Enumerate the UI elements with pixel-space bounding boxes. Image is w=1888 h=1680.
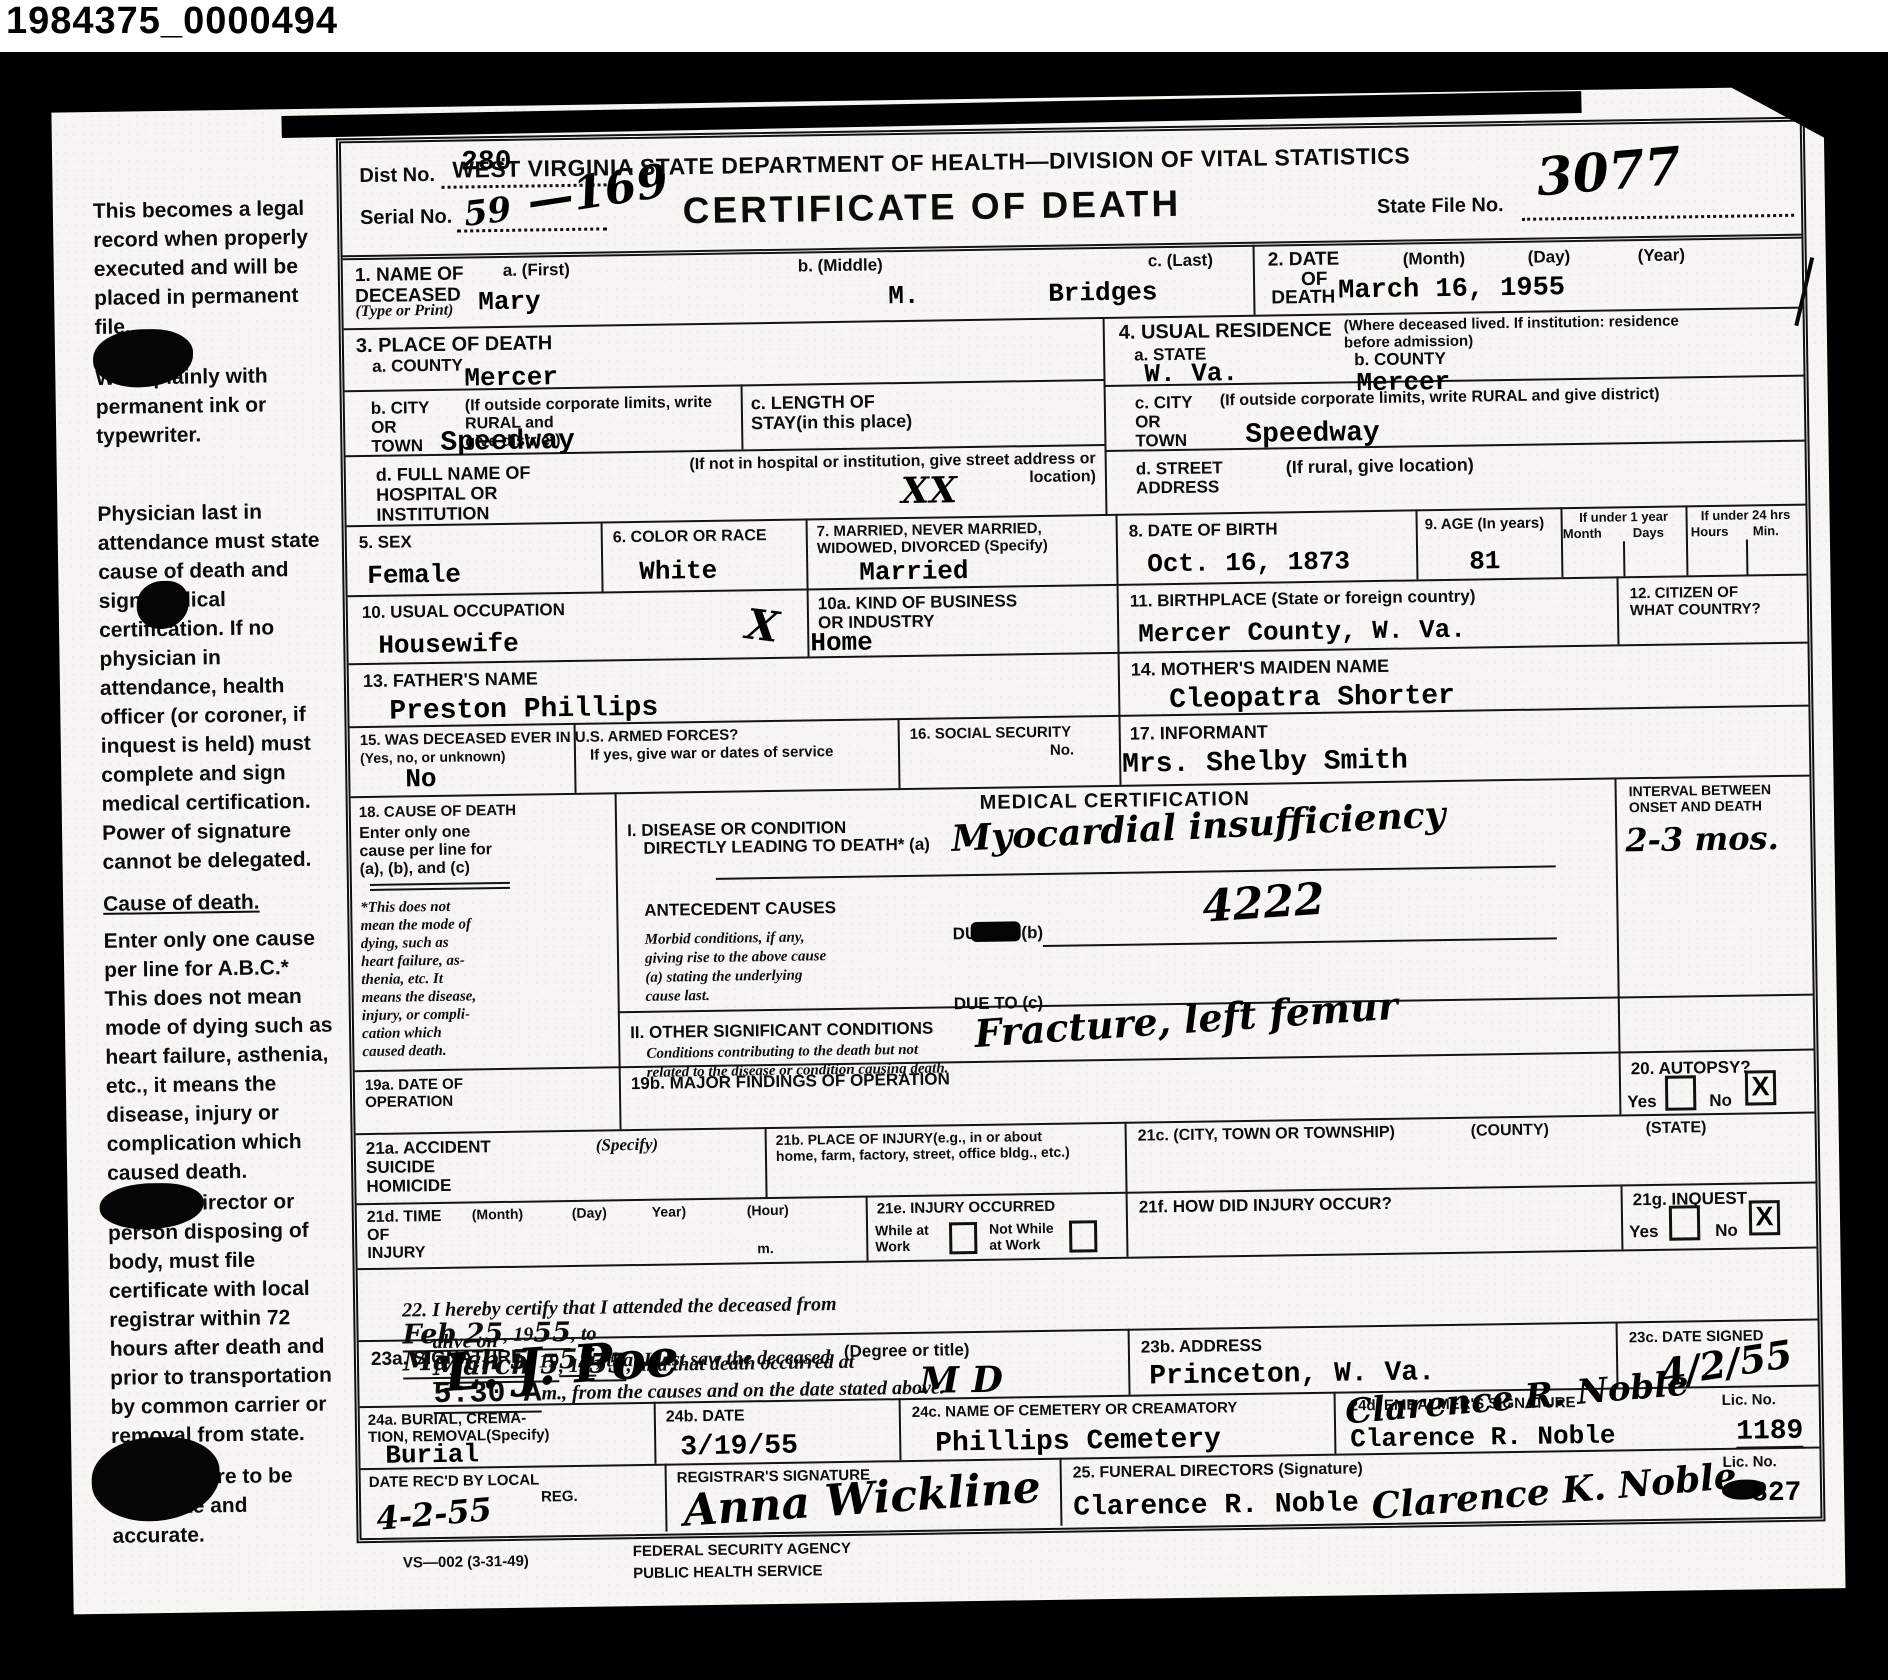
street-address-label: d. STREET ADDRESS [1136, 458, 1223, 497]
funeral-director-typed-name: Clarence R. Noble [1073, 1490, 1359, 1522]
place-of-injury-label: 21b. PLACE OF INJURY(e.g., in or about h… [776, 1129, 1070, 1165]
last-name-value: Bridges [1048, 279, 1158, 307]
burial-value: Burial [385, 1441, 479, 1468]
death-certificate-page: This becomes a legal record when properl… [51, 86, 1845, 1614]
injury-occurred-label: 21e. INJURY OCCURRED [877, 1199, 1056, 1218]
father-value: Preston Phillips [389, 695, 658, 727]
rule [741, 384, 744, 449]
days-label: Days [1633, 526, 1664, 541]
rule [348, 574, 1807, 598]
strikeout-mark [971, 921, 1021, 942]
rule [370, 882, 510, 886]
major-findings-label: 19b. MAJOR FINDINGS OF OPERATION [631, 1069, 950, 1093]
sidebar-note-legal-record: This becomes a legal record when properl… [93, 194, 327, 342]
hospital-hint: (If not in hospital or institution, give… [676, 450, 1096, 492]
agency-line1: FEDERAL SECURITY AGENCY [633, 1541, 851, 1561]
degree-label: (Degree or title) [844, 1340, 970, 1361]
funeral-director-label: 25. FUNERAL DIRECTORS (Signature) [1073, 1460, 1363, 1482]
interval-label: INTERVAL BETWEEN ONSET AND DEATH [1629, 782, 1772, 815]
race-label: 6. COLOR OR RACE [613, 527, 767, 547]
rule [343, 237, 1802, 261]
hospital-value: XX [901, 472, 957, 509]
department-title: WEST VIRGINIA STATE DEPARTMENT OF HEALTH… [431, 143, 1431, 184]
sex-label: 5. SEX [359, 532, 412, 552]
rule [355, 1049, 1814, 1073]
month-label: Month [1563, 527, 1602, 542]
scan-id: 1984375_0000494 [6, 2, 338, 40]
date-recd-reg-label: REG. [541, 1489, 578, 1506]
informant-value: Mrs. Shelby Smith [1122, 748, 1408, 780]
agency-line2: PUBLIC HEALTH SERVICE [633, 1563, 823, 1583]
burial-date-label: 24b. DATE [666, 1407, 745, 1426]
armed-forces-value: No [405, 766, 437, 792]
field-2-day-label: (Day) [1528, 247, 1571, 267]
while-at-work-label: While at Work [875, 1223, 929, 1255]
date-of-death-value: March 16, 1955 [1338, 275, 1565, 305]
occupation-mark: X [744, 603, 782, 649]
rule [1415, 509, 1418, 579]
toi-day-label: (Day) [572, 1205, 607, 1221]
writing-line-a [716, 865, 1556, 879]
inquest-no-label: No [1715, 1221, 1738, 1240]
writing-line-b [1043, 937, 1557, 947]
time-of-injury-label: 21d. TIME OF INJURY [367, 1208, 442, 1263]
residence-city-label: c. CITY OR TOWN [1135, 393, 1193, 451]
rule [897, 718, 900, 788]
father-label: 13. FATHER'S NAME [363, 668, 538, 691]
rule [665, 1464, 668, 1532]
occupation-label: 10. USUAL OCCUPATION [362, 600, 565, 622]
toi-month-label: (Month) [472, 1207, 524, 1223]
rule [1128, 1329, 1131, 1395]
rule [1059, 1458, 1062, 1526]
inquest-no-checkbox: X [1749, 1200, 1781, 1235]
age-label: 9. AGE (In years) [1425, 515, 1545, 534]
antecedent-label: ANTECEDENT CAUSES [644, 898, 836, 920]
rule [1746, 539, 1749, 574]
form-number: VS—002 (3-31-49) [403, 1554, 529, 1573]
armed-forces-ifyes: If yes, give war or dates of service [590, 744, 834, 764]
how-injury-label: 21f. HOW DID INJURY OCCUR? [1139, 1194, 1392, 1217]
rule [601, 521, 604, 591]
injury-state-label: (STATE) [1646, 1119, 1707, 1138]
sidebar-heading-cause-of-death: Cause of death. [103, 886, 335, 918]
pod-county-label: a. COUNTY [372, 356, 463, 376]
physician-signature: L. J. Poe [443, 1332, 681, 1400]
toi-hour-label: (Hour) [747, 1203, 789, 1219]
other-conditions-label: II. OTHER SIGNIFICANT CONDITIONS [630, 1019, 933, 1043]
first-name-value: Mary [478, 288, 541, 315]
field-1-hint: (Type or Print) [355, 302, 453, 321]
cause-of-death-note1: Enter only one cause per line for (a), (… [359, 823, 492, 879]
pod-county-value: Mercer [464, 364, 558, 391]
middle-name-label: b. (Middle) [798, 255, 883, 275]
toi-m-label: m. [757, 1241, 774, 1257]
autopsy-yes-label: Yes [1627, 1092, 1657, 1111]
rule [1125, 1122, 1129, 1257]
date-recd-label: DATE REC'D BY LOCAL [369, 1473, 540, 1492]
hospital-label: d. FULL NAME OF HOSPITAL OR INSTITUTION [376, 463, 532, 526]
rule [1334, 1392, 1337, 1454]
address-value: Princeton, W. Va. [1149, 1359, 1435, 1391]
date-recd-value: 4-2-55 [375, 1493, 493, 1535]
rule [765, 1127, 768, 1197]
state-file-value: 3077 [1535, 140, 1684, 204]
embalmer-typed-name: Clarence R. Noble [1350, 1423, 1616, 1453]
sidebar-note-one-cause: Enter only one cause per line for A.B.C.… [103, 923, 339, 1187]
residence-state-value: W. Va. [1144, 360, 1238, 387]
ssn-no-label: No. [1050, 742, 1074, 759]
injury-city-label: 21c. (CITY, TOWN OR TOWNSHIP) [1138, 1124, 1395, 1146]
burial-date-value: 3/19/55 [680, 1433, 798, 1463]
rule [343, 234, 1802, 258]
length-of-stay-label: c. LENGTH OF STAY(in this place) [751, 391, 913, 434]
rule [357, 1182, 1816, 1206]
autopsy-no-checkbox: X [1745, 1070, 1777, 1105]
business-label: 10a. KIND OF BUSINESS OR INDUSTRY [818, 591, 1018, 632]
race-value: White [639, 558, 717, 585]
inquest-yes-checkbox [1669, 1205, 1701, 1240]
pod-city-label: b. CITY OR TOWN [371, 398, 430, 456]
state-file-line [1522, 214, 1794, 221]
pod-city-value: Speedway [440, 428, 575, 458]
funeral-director-lic-label: Lic. No. [1723, 1454, 1777, 1472]
funeral-director-lic-value: 827 [1751, 1480, 1802, 1509]
funeral-director-signature: Clarence K. Noble [1370, 1458, 1738, 1525]
while-at-work-checkbox [949, 1222, 977, 1254]
date-of-operation-label: 19a. DATE OF OPERATION [365, 1077, 464, 1112]
marital-value: Married [859, 558, 969, 586]
autopsy-yes-checkbox [1665, 1075, 1697, 1110]
mother-value: Cleopatra Shorter [1169, 683, 1455, 715]
informant-label: 17. INFORMANT [1130, 722, 1268, 744]
field-2-label: 2. DATE [1268, 249, 1340, 271]
embalmer-lic-label: Lic. No. [1722, 1392, 1776, 1410]
cause-of-death-note2: *This does not mean the mode of dying, s… [360, 897, 477, 1061]
rule [1614, 777, 1621, 1114]
rule [1620, 1184, 1623, 1249]
inquest-yes-label: Yes [1629, 1222, 1659, 1241]
field-2-label-death: DEATH [1271, 287, 1335, 309]
rule [1103, 317, 1108, 514]
street-address-hint: (If rural, give location) [1286, 455, 1474, 478]
rule [1253, 245, 1256, 315]
mother-label: 14. MOTHER'S MAIDEN NAME [1131, 656, 1390, 680]
scanner-top-strip: 1984375_0000494 [0, 0, 1888, 52]
business-value: Home [810, 629, 873, 656]
birthplace-label: 11. BIRTHPLACE (State or foreign country… [1130, 587, 1476, 611]
degree-value: M D [919, 1362, 1003, 1399]
rule [356, 1112, 1815, 1136]
rule [1623, 541, 1626, 576]
hours-label: Hours [1691, 525, 1729, 540]
first-name-label: a. (First) [503, 260, 570, 280]
middle-name-value: M. [888, 283, 920, 309]
min-label: Min. [1753, 524, 1779, 539]
field-4-label: 4. USUAL RESIDENCE [1119, 319, 1332, 345]
not-while-at-work-checkbox [1069, 1220, 1097, 1252]
residence-hint: (Where deceased lived. If institution: r… [1344, 312, 1794, 352]
toi-year-label: Year) [652, 1204, 686, 1220]
cemetery-label: 24c. NAME OF CEMETERY OR CREAMATORY [912, 1400, 1238, 1422]
marital-label: 7. MARRIED, NEVER MARRIED, WIDOWED, DIVO… [817, 521, 1048, 558]
under-24-hrs-label: If under 24 hrs [1687, 508, 1803, 524]
rule [866, 1196, 869, 1261]
certificate-form: Dist No. 280 Serial No. 59 —169 WEST VIR… [336, 117, 1826, 1544]
rule [1115, 514, 1121, 785]
address-label: 23b. ADDRESS [1141, 1336, 1263, 1357]
sidebar-note-physician: Physician last in attendance must state … [97, 497, 335, 877]
birthplace-value: Mercer County, W. Va. [1138, 617, 1466, 648]
morbid-hint: Morbid conditions, if any, giving rise t… [645, 928, 827, 1007]
rule [345, 379, 1104, 392]
sex-value: Female [367, 562, 461, 589]
rule [1105, 440, 1805, 452]
last-name-label: c. (Last) [1148, 250, 1213, 270]
dob-label: 8. DATE OF BIRTH [1129, 519, 1278, 540]
not-while-at-work-label: Not While at Work [989, 1221, 1054, 1253]
accident-specify-label: (Specify) [596, 1135, 659, 1155]
cause-of-death-label: 18. CAUSE OF DEATH [359, 803, 516, 822]
rule [1616, 576, 1619, 644]
cause-b-value: 4222 [1201, 878, 1326, 930]
residence-city-value: Speedway [1245, 420, 1380, 450]
autopsy-no-label: No [1709, 1091, 1732, 1110]
injury-county-label: (COUNTY) [1471, 1121, 1549, 1140]
accident-label: 21a. ACCIDENT SUICIDE HOMICIDE [366, 1137, 492, 1196]
dist-no-label: Dist No. [359, 164, 435, 188]
ssn-label: 16. SOCIAL SECURITY [910, 725, 1072, 744]
rule [370, 887, 510, 891]
disease-condition-label2: DIRECTLY LEADING TO DEATH* (a) [643, 835, 930, 858]
state-file-label: State File No. [1377, 194, 1504, 218]
residence-city-hint: (If outside corporate limits, write RURA… [1220, 384, 1780, 410]
cemetery-value: Phillips Cemetery [935, 1426, 1221, 1458]
field-2-month-label: (Month) [1403, 249, 1466, 269]
dob-value: Oct. 16, 1873 [1147, 548, 1350, 577]
occupation-value: Housewife [378, 631, 519, 659]
citizen-label: 12. CITIZEN OF WHAT COUNTRY? [1630, 584, 1761, 620]
field-3-label: 3. PLACE OF DEATH [356, 332, 553, 357]
field-2-year-label: (Year) [1638, 245, 1686, 265]
under-1-year-label: If under 1 year [1562, 509, 1684, 525]
age-value: 81 [1469, 548, 1501, 574]
interval-value: 2-3 mos. [1625, 822, 1779, 856]
embalmer-lic-value: 1189 [1736, 1418, 1804, 1449]
rule [615, 792, 622, 1129]
rule [349, 642, 1808, 666]
